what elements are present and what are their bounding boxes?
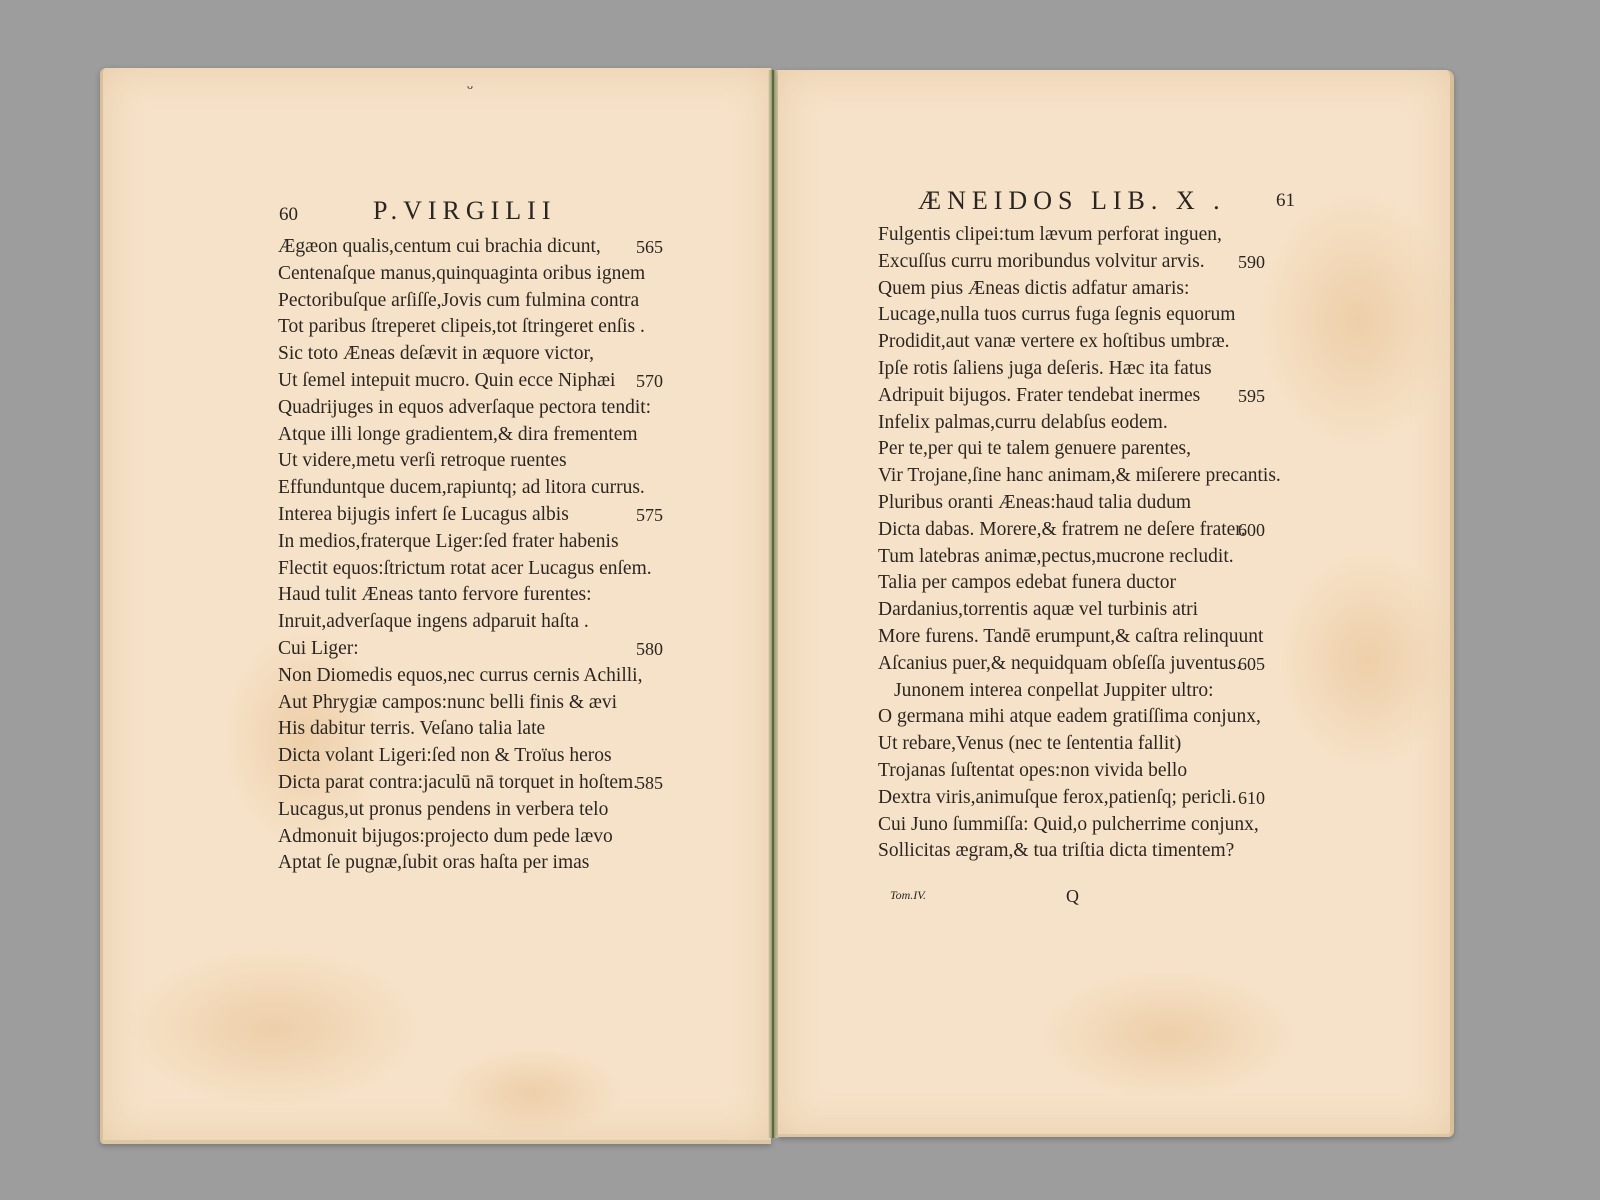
foxing-stain bbox=[1278, 550, 1458, 770]
verse-text: Infelix palmas,curru delabſus eodem. bbox=[878, 412, 1168, 433]
verse-text: Lucage,nulla tuos currus fuga ſegnis equ… bbox=[878, 304, 1235, 325]
verse-line: Dicta dabas. Morere,& fratrem ne deſere … bbox=[878, 517, 1281, 544]
verse-text: Dicta volant Ligeri:ſed non & Troïus her… bbox=[278, 745, 612, 766]
verse-text: Excuſſus curru moribundus volvitur arvis… bbox=[878, 251, 1205, 272]
verse-line: Quem pius Æneas dictis adfatur amaris: bbox=[878, 276, 1281, 303]
verse-text: Ipſe rotis ſaliens juga deſeris. Hæc ita… bbox=[878, 358, 1212, 379]
signature-mark: Q bbox=[1066, 886, 1079, 907]
verse-text: Aptat ſe pugnæ,ſubit oras haſta per imas bbox=[278, 852, 589, 873]
line-number: 575 bbox=[636, 502, 663, 529]
verse-text: Per te,per qui te talem genuere parentes… bbox=[878, 438, 1191, 459]
verse-text: Sic toto Æneas deſævit in æquore victor, bbox=[278, 343, 594, 364]
verse-text: Quem pius Æneas dictis adfatur amaris: bbox=[878, 278, 1189, 299]
verse-text: Aut Phrygiæ campos:nunc belli finis & æv… bbox=[278, 692, 617, 713]
verse-text: Ut rebare,Venus (nec te ſententia fallit… bbox=[878, 733, 1181, 754]
verse-text: Non Diomedis equos,nec currus cernis Ach… bbox=[278, 665, 642, 686]
verse-text: Pectoribuſque arſiſſe,Jovis cum fulmina … bbox=[278, 290, 639, 311]
verse-line: Admonuit bijugos:projecto dum pede lævo bbox=[278, 824, 652, 851]
verse-text: Prodidit,aut vanæ vertere ex hoſtibus um… bbox=[878, 331, 1230, 352]
verse-text: Pluribus oranti Æneas:haud talia dudum bbox=[878, 492, 1191, 513]
verse-text: More furens. Tandē erumpunt,& caſtra rel… bbox=[878, 626, 1263, 647]
running-title: P.VIRGILII bbox=[373, 196, 557, 226]
verse-line: Ut ſemel intepuit mucro. Quin ecce Niphæ… bbox=[278, 368, 652, 395]
verse-line: Prodidit,aut vanæ vertere ex hoſtibus um… bbox=[878, 329, 1281, 356]
verse-line: Infelix palmas,curru delabſus eodem. bbox=[878, 410, 1281, 437]
line-number: 600 bbox=[1238, 517, 1265, 544]
verse-line: Vir Trojane,ſine hanc animam,& miſerere … bbox=[878, 463, 1281, 490]
verse-line: Ægæon qualis,centum cui brachia dicunt,5… bbox=[278, 234, 652, 261]
verse-text: Junonem interea conpellat Juppiter ultro… bbox=[894, 680, 1214, 701]
verse-line: Atque illi longe gradientem,& dira freme… bbox=[278, 422, 652, 449]
line-number: 585 bbox=[636, 770, 663, 797]
verse-line: Pectoribuſque arſiſſe,Jovis cum fulmina … bbox=[278, 288, 652, 315]
line-number: 590 bbox=[1238, 249, 1265, 276]
line-number: 580 bbox=[636, 636, 663, 663]
verse-text: Ut videre,metu verſi retroque ruentes bbox=[278, 450, 567, 471]
verse-text: Dextra viris,animuſque ferox,patienſq; p… bbox=[878, 787, 1236, 808]
verse-line: Lucagus,ut pronus pendens in verbera tel… bbox=[278, 797, 652, 824]
verse-line: Tot paribus ſtreperet clipeis,tot ſtring… bbox=[278, 314, 652, 341]
verse-line: O germana mihi atque eadem gratiſſima co… bbox=[878, 704, 1281, 731]
right-page: ÆNEIDOS LIB. X . 61 Fulgentis clipei:tum… bbox=[778, 70, 1454, 1137]
verse-line: Quadrijuges in equos adverſaque pectora … bbox=[278, 395, 652, 422]
verse-line: Junonem interea conpellat Juppiter ultro… bbox=[878, 678, 1281, 705]
verse-list: Fulgentis clipei:tum lævum perforat ingu… bbox=[878, 222, 1281, 865]
verse-text: Dicta parat contra:jaculū nā torquet in … bbox=[278, 772, 638, 793]
verse-text: Dardanius,torrentis aquæ vel turbinis at… bbox=[878, 599, 1198, 620]
verse-line: Per te,per qui te talem genuere parentes… bbox=[878, 436, 1281, 463]
verse-text: Sollicitas ægram,& tua triſtia dicta tim… bbox=[878, 840, 1234, 861]
verse-text: Centenaſque manus,quinquaginta oribus ig… bbox=[278, 263, 645, 284]
page-number: 61 bbox=[1276, 190, 1295, 212]
verse-text: Fulgentis clipei:tum lævum perforat ingu… bbox=[878, 224, 1222, 245]
foxing-stain bbox=[123, 948, 423, 1108]
verse-text: Ægæon qualis,centum cui brachia dicunt, bbox=[278, 236, 601, 257]
verse-text: O germana mihi atque eadem gratiſſima co… bbox=[878, 706, 1261, 727]
verse-line: Aptat ſe pugnæ,ſubit oras haſta per imas bbox=[278, 850, 652, 877]
verse-text: Admonuit bijugos:projecto dum pede lævo bbox=[278, 826, 613, 847]
verse-line: Flectit equos:ſtrictum rotat acer Lucagu… bbox=[278, 556, 652, 583]
verse-text: Inruit,adverſaque ingens adparuit haſta … bbox=[278, 611, 589, 632]
left-page: ᴗ 60 P.VIRGILII Ægæon qualis,centum cui … bbox=[100, 68, 771, 1144]
verse-text: Ut ſemel intepuit mucro. Quin ecce Niphæ… bbox=[278, 370, 615, 391]
verse-text: Aſcanius puer,& nequidquam obſeſſa juven… bbox=[878, 653, 1241, 674]
verse-text: Adripuit bijugos. Frater tendebat inerme… bbox=[878, 385, 1200, 406]
verse-line: More furens. Tandē erumpunt,& caſtra rel… bbox=[878, 624, 1281, 651]
verse-text: Tot paribus ſtreperet clipeis,tot ſtring… bbox=[278, 316, 645, 337]
verse-line: In medios,fraterque Liger:ſed frater hab… bbox=[278, 529, 652, 556]
foxing-stain bbox=[1258, 190, 1458, 450]
verse-text: Cui Liger: bbox=[278, 638, 359, 659]
line-number: 570 bbox=[636, 368, 663, 395]
verse-line: Aut Phrygiæ campos:nunc belli finis & æv… bbox=[278, 690, 652, 717]
verse-line: Interea bijugis infert ſe Lucagus albis5… bbox=[278, 502, 652, 529]
verse-text: Dicta dabas. Morere,& fratrem ne deſere … bbox=[878, 519, 1246, 540]
verse-line: Fulgentis clipei:tum lævum perforat ingu… bbox=[878, 222, 1281, 249]
verse-text: His dabitur terris. Veſano talia late bbox=[278, 718, 545, 739]
verse-line: Ut rebare,Venus (nec te ſententia fallit… bbox=[878, 731, 1281, 758]
volume-mark: Tom.IV. bbox=[890, 888, 926, 903]
verse-text: Cui Juno ſummiſſa: Quid,o pulcherrime co… bbox=[878, 814, 1259, 835]
verse-text: In medios,fraterque Liger:ſed frater hab… bbox=[278, 531, 619, 552]
foxing-stain bbox=[443, 1048, 623, 1138]
verse-line: Aſcanius puer,& nequidquam obſeſſa juven… bbox=[878, 651, 1281, 678]
verse-list: Ægæon qualis,centum cui brachia dicunt,5… bbox=[278, 234, 652, 877]
verse-line: Excuſſus curru moribundus volvitur arvis… bbox=[878, 249, 1281, 276]
verse-text: Interea bijugis infert ſe Lucagus albis bbox=[278, 504, 569, 525]
verse-line: Cui Juno ſummiſſa: Quid,o pulcherrime co… bbox=[878, 812, 1281, 839]
verse-line: Dicta volant Ligeri:ſed non & Troïus her… bbox=[278, 743, 652, 770]
line-number: 605 bbox=[1238, 651, 1265, 678]
verse-line: Cui Liger:580 bbox=[278, 636, 652, 663]
verse-line: Adripuit bijugos. Frater tendebat inerme… bbox=[878, 383, 1281, 410]
verse-line: Pluribus oranti Æneas:haud talia dudum bbox=[878, 490, 1281, 517]
verse-line: Sic toto Æneas deſævit in æquore victor, bbox=[278, 341, 652, 368]
verse-line: Dicta parat contra:jaculū nā torquet in … bbox=[278, 770, 652, 797]
verse-line: Non Diomedis equos,nec currus cernis Ach… bbox=[278, 663, 652, 690]
line-number: 610 bbox=[1238, 785, 1265, 812]
page-number: 60 bbox=[279, 204, 298, 226]
verse-line: Dardanius,torrentis aquæ vel turbinis at… bbox=[878, 597, 1281, 624]
verse-line: Effunduntque ducem,rapiuntq; ad litora c… bbox=[278, 475, 652, 502]
verse-line: Inruit,adverſaque ingens adparuit haſta … bbox=[278, 609, 652, 636]
line-number: 565 bbox=[636, 234, 663, 261]
verse-text: Quadrijuges in equos adverſaque pectora … bbox=[278, 397, 651, 418]
verse-text: Lucagus,ut pronus pendens in verbera tel… bbox=[278, 799, 608, 820]
book-gutter bbox=[768, 70, 778, 1138]
verse-text: Talia per campos edebat funera ductor bbox=[878, 572, 1176, 593]
verse-text: Flectit equos:ſtrictum rotat acer Lucagu… bbox=[278, 558, 652, 579]
verse-line: Centenaſque manus,quinquaginta oribus ig… bbox=[278, 261, 652, 288]
verse-line: Ipſe rotis ſaliens juga deſeris. Hæc ita… bbox=[878, 356, 1281, 383]
verse-text: Haud tulit Æneas tanto fervore furentes: bbox=[278, 584, 592, 605]
verse-text: Tum latebras animæ,pectus,mucrone reclud… bbox=[878, 546, 1234, 567]
verse-line: Haud tulit Æneas tanto fervore furentes: bbox=[278, 582, 652, 609]
verse-line: Lucage,nulla tuos currus fuga ſegnis equ… bbox=[878, 302, 1281, 329]
ink-mark: ᴗ bbox=[467, 78, 473, 93]
verse-line: Talia per campos edebat funera ductor bbox=[878, 570, 1281, 597]
verse-text: Atque illi longe gradientem,& dira freme… bbox=[278, 424, 638, 445]
verse-line: Trojanas ſuſtentat opes:non vivida bello bbox=[878, 758, 1281, 785]
running-title: ÆNEIDOS LIB. X . bbox=[918, 186, 1226, 216]
verse-line: His dabitur terris. Veſano talia late bbox=[278, 716, 652, 743]
verse-text: Vir Trojane,ſine hanc animam,& miſerere … bbox=[878, 465, 1281, 486]
verse-line: Sollicitas ægram,& tua triſtia dicta tim… bbox=[878, 838, 1281, 865]
foxing-stain bbox=[1038, 970, 1298, 1100]
verse-line: Dextra viris,animuſque ferox,patienſq; p… bbox=[878, 785, 1281, 812]
line-number: 595 bbox=[1238, 383, 1265, 410]
verse-text: Trojanas ſuſtentat opes:non vivida bello bbox=[878, 760, 1187, 781]
verse-line: Ut videre,metu verſi retroque ruentes bbox=[278, 448, 652, 475]
verse-line: Tum latebras animæ,pectus,mucrone reclud… bbox=[878, 544, 1281, 571]
verse-text: Effunduntque ducem,rapiuntq; ad litora c… bbox=[278, 477, 645, 498]
